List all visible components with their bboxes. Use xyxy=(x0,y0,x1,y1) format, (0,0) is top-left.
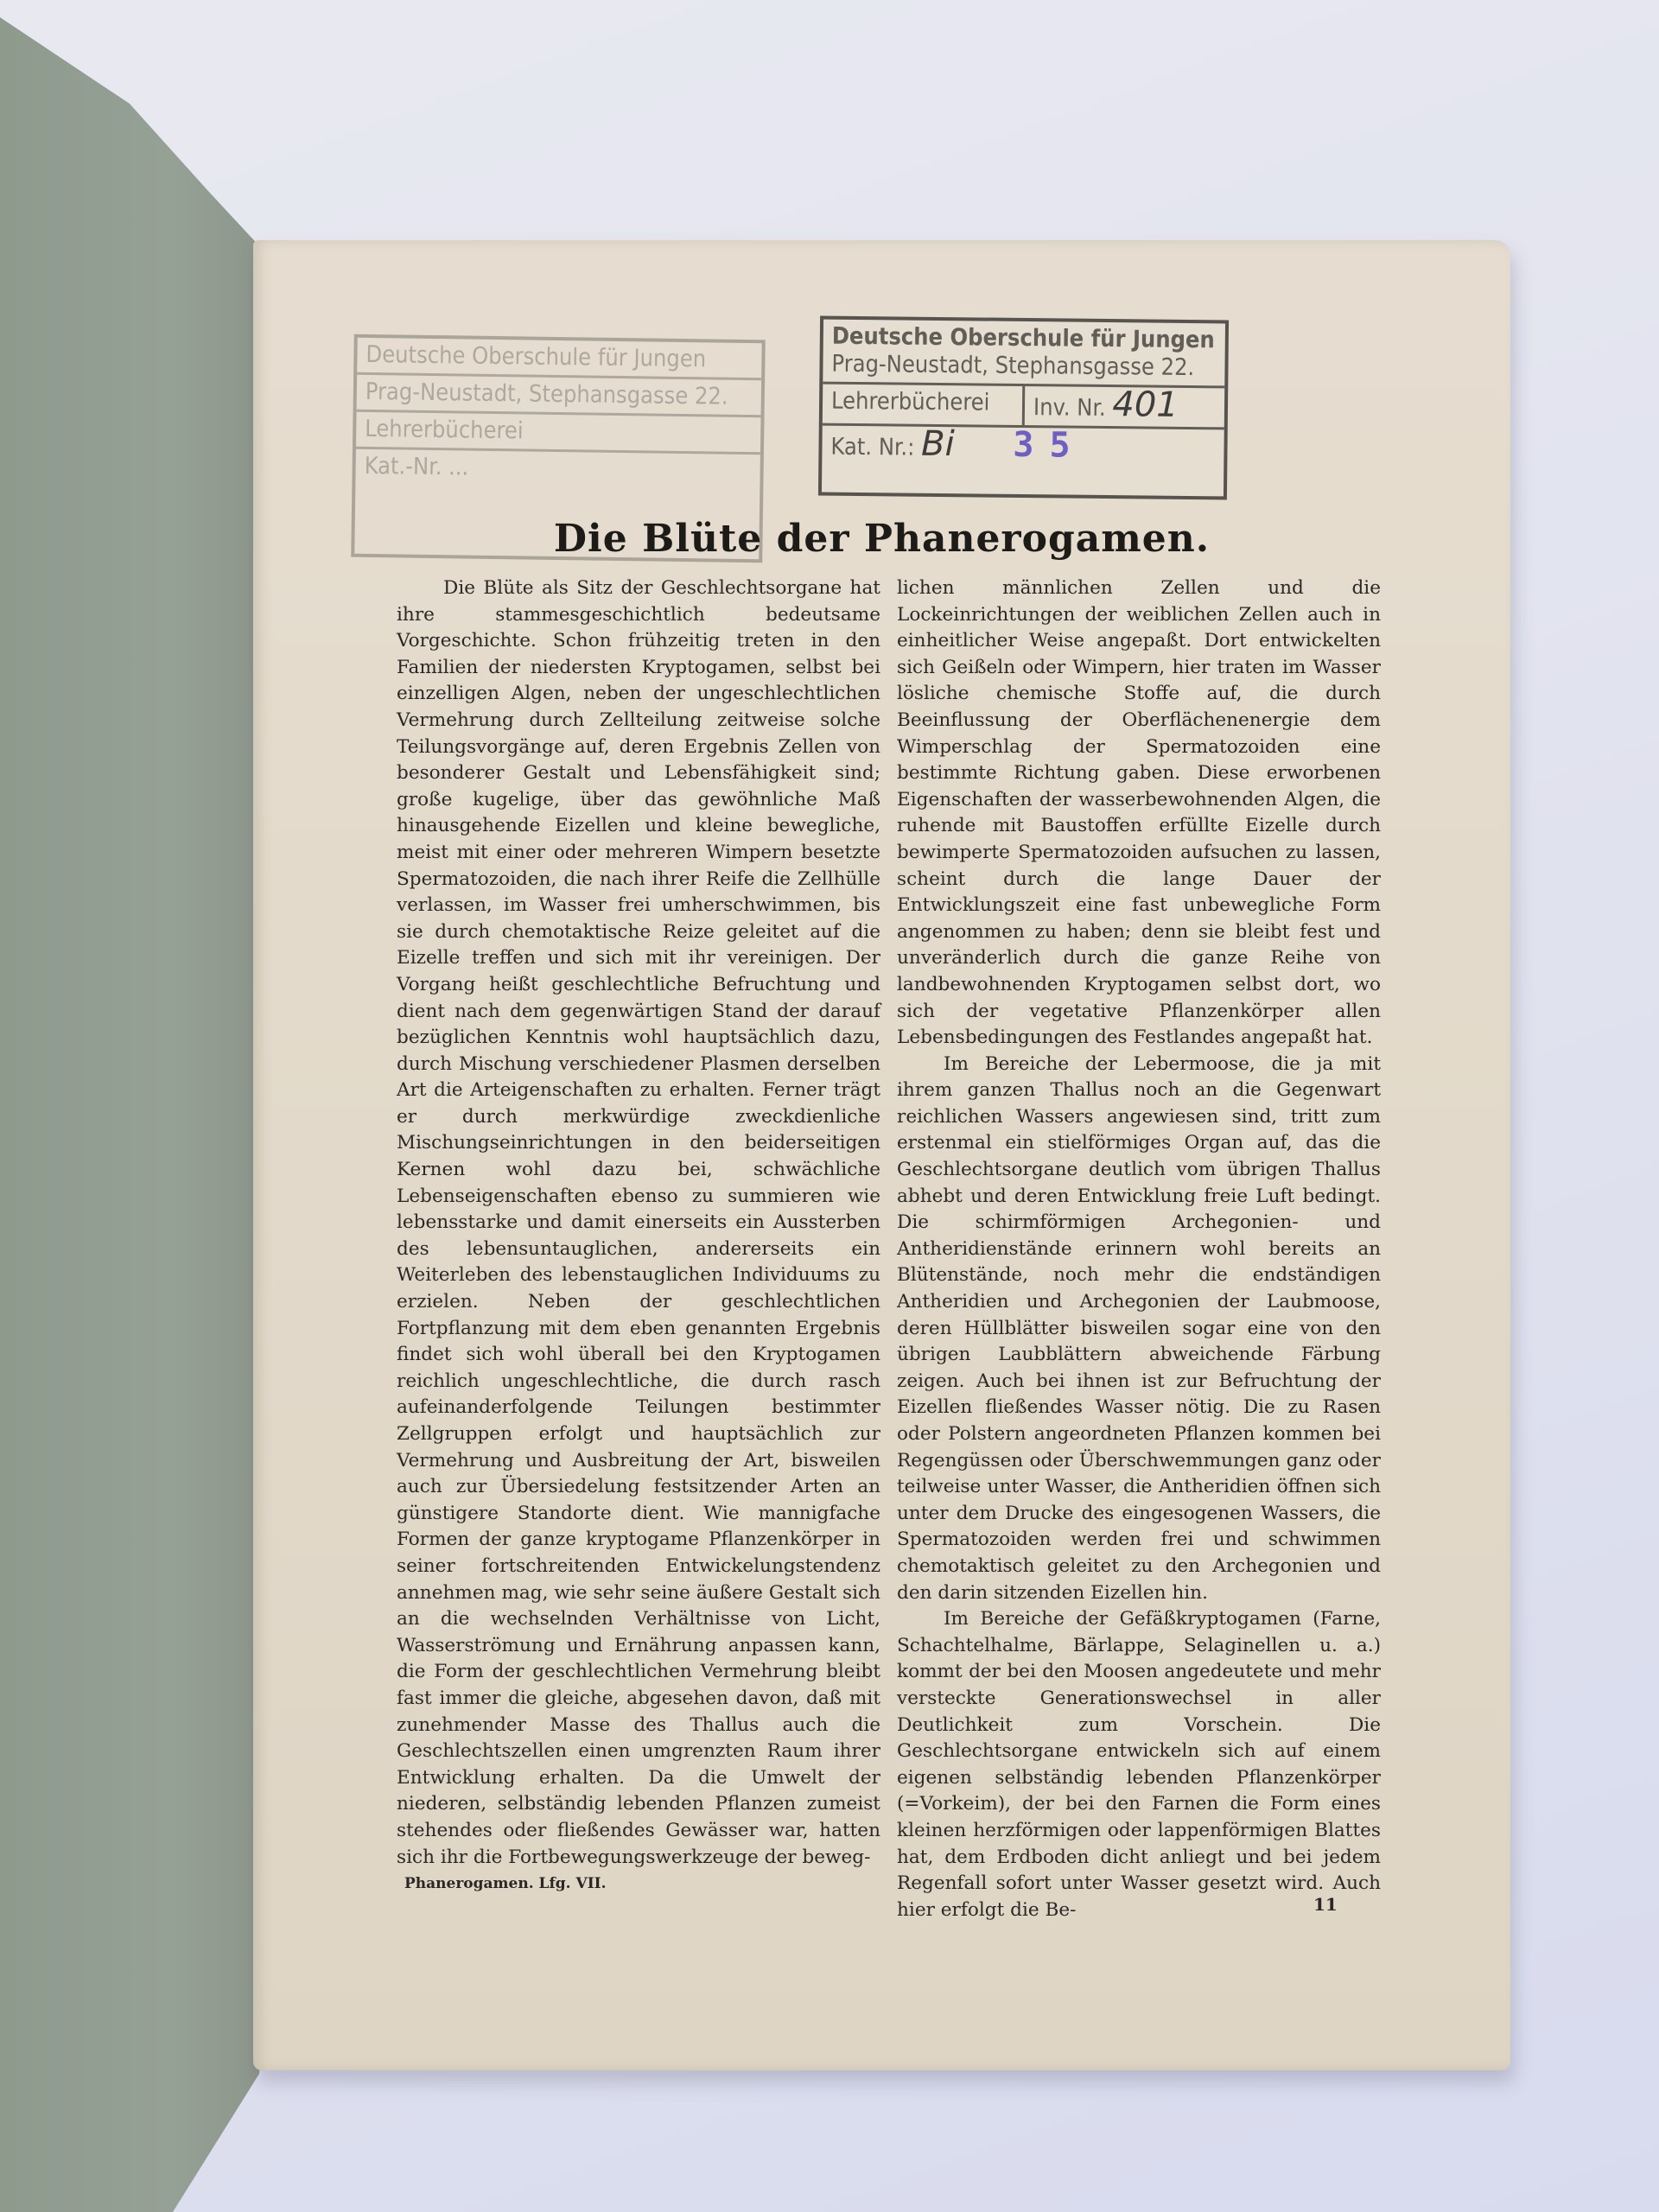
text-column-right: lichen männlichen Zellen und die Lockein… xyxy=(897,575,1381,1923)
stamp-library-label: Lehrerbücherei xyxy=(823,385,1022,425)
paragraph: Im Bereiche der Gefäßkryptogamen (Farne,… xyxy=(897,1606,1381,1923)
library-stamp: Deutsche Oberschule für Jungen Prag-Neus… xyxy=(818,316,1229,500)
stamp-inv-label: Inv. Nr. xyxy=(1033,394,1106,422)
stamp-kat-value: Bi xyxy=(921,424,955,464)
booklet-cover xyxy=(0,0,285,2212)
stamp-kat-number: 35 xyxy=(1013,425,1086,466)
stamp-kat-label: Kat. Nr.: xyxy=(830,434,914,461)
paragraph: Die Blüte als Sitz der Geschlechtsorgane… xyxy=(397,575,880,1871)
page-title: Die Blüte der Phanerogamen. xyxy=(253,517,1510,561)
paragraph: lichen männlichen Zellen und die Lockein… xyxy=(897,575,1381,1052)
stamp-inv-value: 401 xyxy=(1112,385,1179,425)
stamp-school-name: Deutsche Oberschule für Jungen xyxy=(832,323,1217,355)
stamp-line: Deutsche Oberschule für Jungen xyxy=(357,338,762,381)
stamp-line: Lehrerbücherei xyxy=(356,412,761,455)
page-number: 11 xyxy=(1313,1894,1338,1915)
stamp-address: Prag-Neustadt, Stephansgasse 22. xyxy=(831,351,1216,383)
stamp-inventory-row: Lehrerbücherei Inv. Nr. 401 xyxy=(823,385,1224,430)
paragraph: Im Bereiche der Lebermoose, die ja mit i… xyxy=(897,1052,1381,1606)
stamp-line: Kat.-Nr. ... xyxy=(355,449,760,490)
document-page: Deutsche Oberschule für Jungen Prag-Neus… xyxy=(253,240,1510,2070)
signature-mark: Phanerogamen. Lfg. VII. xyxy=(404,1875,607,1892)
stamp-inventory: Inv. Nr. 401 xyxy=(1022,386,1224,427)
stamp-school: Deutsche Oberschule für Jungen Prag-Neus… xyxy=(823,320,1225,389)
text-column-left: Die Blüte als Sitz der Geschlechtsorgane… xyxy=(397,575,880,1871)
stamp-line: Prag-Neustadt, Stephansgasse 22. xyxy=(357,375,762,418)
stamp-catalog-row: Kat. Nr.: Bi 35 xyxy=(822,426,1224,469)
